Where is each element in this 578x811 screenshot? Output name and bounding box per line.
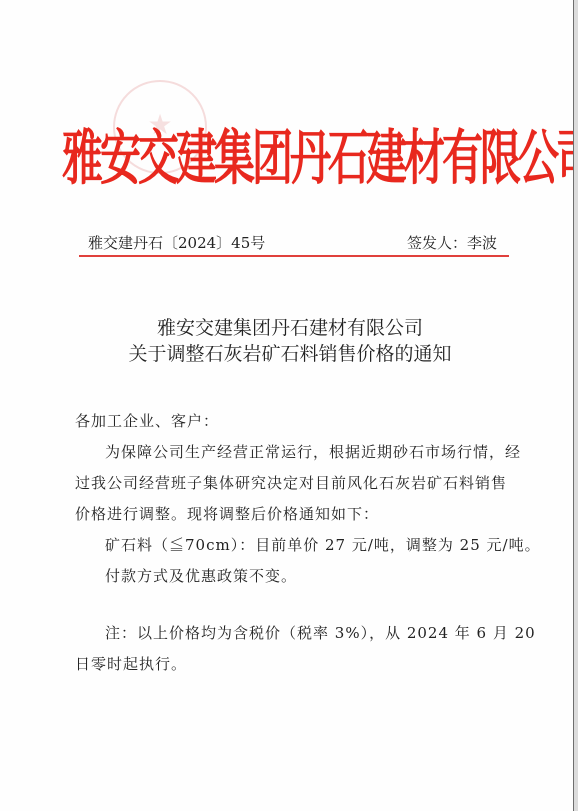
body-line-1: 为保障公司生产经营正常运行，根据近期砂石市场行情，经 — [105, 437, 545, 468]
title-line-2: 关于调整石灰岩矿石料销售价格的通知 — [60, 339, 520, 366]
salutation: 各加工企业、客户： — [75, 406, 515, 437]
title-line-1: 雅安交建集团丹石建材有限公司 — [60, 313, 520, 340]
viewer-scrollbar[interactable] — [573, 0, 578, 811]
note-line-1: 注：以上价格均为含税价（税率 3%），从 2024 年 6 月 20 — [105, 618, 545, 649]
red-letterhead: 雅安交建集团丹石建材有限公司 — [62, 106, 514, 210]
body-line-3: 价格进行调整。现将调整后价格通知如下： — [75, 499, 515, 530]
document-number: 雅交建丹石〔2024〕45号 — [88, 232, 265, 253]
note-line-2: 日零时起执行。 — [75, 649, 515, 680]
policy-line: 付款方式及优惠政策不变。 — [105, 561, 545, 592]
red-divider-line — [79, 255, 509, 257]
signer: 签发人：李波 — [407, 232, 497, 253]
body-line-2: 过我公司经营班子集体研究决定对目前风化石灰岩矿石料销售 — [75, 468, 515, 499]
price-line: 矿石料（≦70cm）：目前单价 27 元/吨，调整为 25 元/吨。 — [105, 530, 545, 561]
document-page: ★ 雅安交建集团丹石建材有限公司 雅交建丹石〔2024〕45号 签发人：李波 雅… — [0, 0, 573, 811]
